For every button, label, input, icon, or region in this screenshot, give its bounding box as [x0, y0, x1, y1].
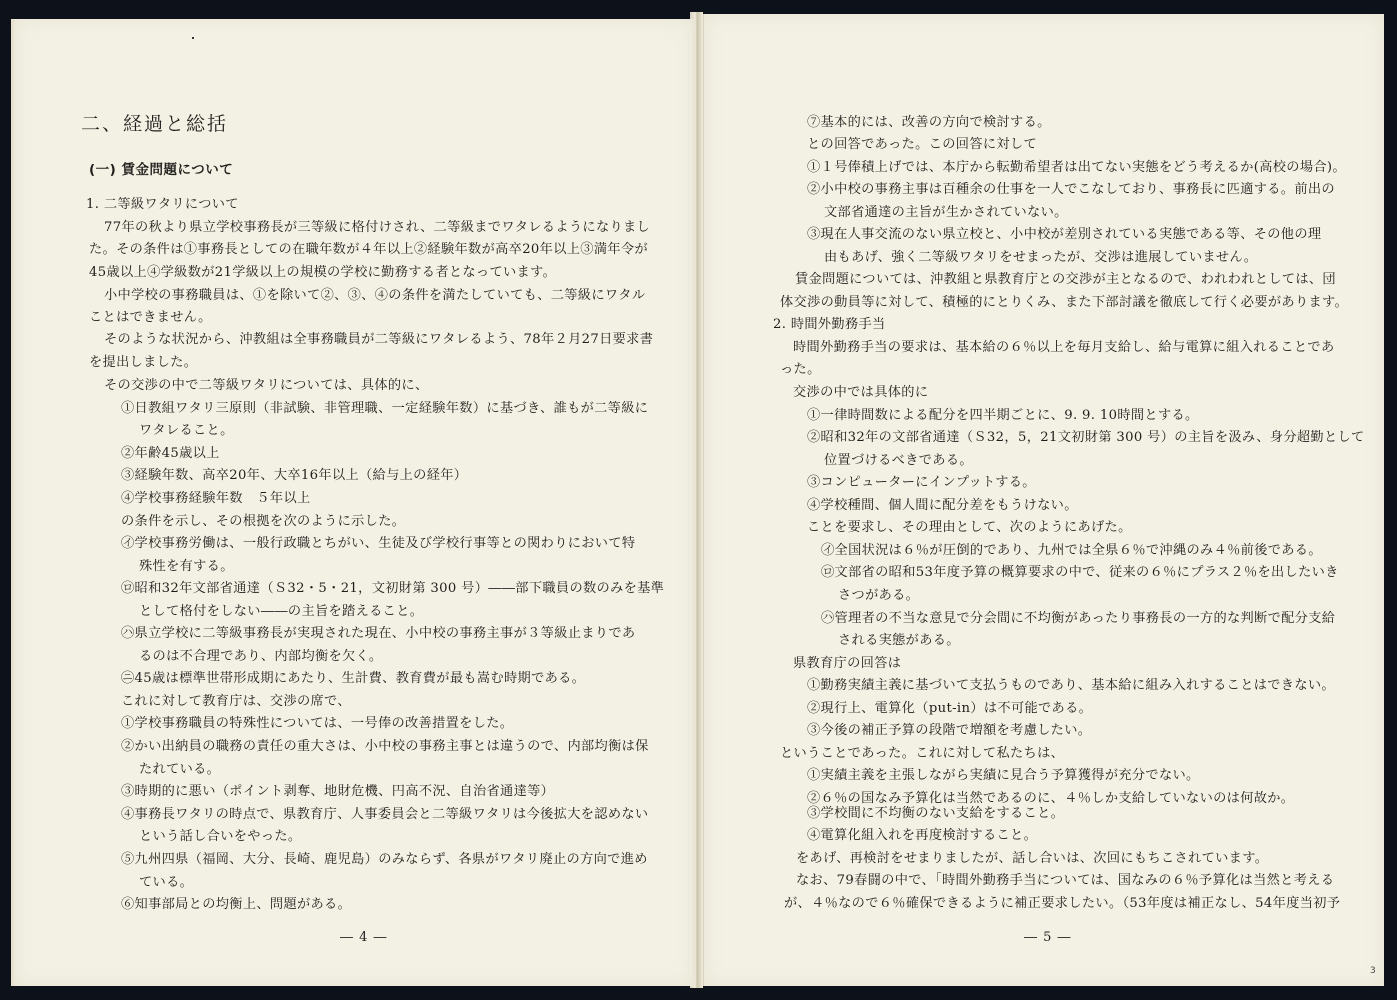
paragraph-line: なお、79春闘の中で、「時間外勤務手当については、国なみの６％予算化は当然と考え…: [796, 872, 1334, 890]
item-heading: 2. 時間外勤務手当: [773, 316, 886, 334]
paragraph-line: ことはできません。: [89, 309, 212, 327]
page-number: ― 5 ―: [1024, 929, 1072, 947]
paragraph-line: をあげ、再検討をせまりましたが、話し合いは、次回にもちこされています。: [796, 850, 1268, 868]
list-item: ⑤九州四県（福岡、大分、長崎、鹿児島）のみならず、各県がワタリ廃止の方向で進め: [121, 851, 648, 869]
list-item: ③経験年数、高卒20年、大卒16年以上（給与上の経年）: [121, 467, 467, 485]
list-item-cont: として格付をしない――の主旨を踏えること。: [139, 603, 423, 621]
list-item: ②かい出納員の職務の責任の重大さは、小中校の事務主事とは違うので、内部均衡は保: [121, 738, 649, 756]
list-item: ②現行上、電算化（put-in）は不可能である。: [807, 700, 1092, 718]
list-item: ㋑学校事務労働は、一般行政職とちがい、生徒及び学校行事等との関わりにおいて特: [121, 535, 635, 553]
paragraph-line: を提出しました。: [89, 354, 197, 372]
list-item-cont: 文部省通達の主旨が生かされていない。: [824, 204, 1068, 222]
list-item: ③今後の補正予算の段階で増額を考慮したい。: [807, 722, 1091, 740]
list-item: ③時期的に悪い（ポイント剥奪、地財危機、円高不況、自治省通達等）: [121, 783, 554, 801]
list-item-cont: される実態がある。: [838, 632, 960, 650]
paragraph-line: 45歳以上④学級数が21学級以上の規模の学校に勤務する者となっています。: [89, 264, 556, 282]
paragraph-line: った。: [780, 361, 821, 379]
paragraph-line: た。その条件は①事務長としての在職年数が４年以上②経験年数が高卒20年以上③満年…: [89, 241, 648, 259]
list-item-cont: さつがある。: [838, 587, 919, 605]
list-item: ③コンピューターにインプットする。: [807, 474, 1036, 492]
paragraph-line: 体交渉の動員等に対して、積極的にとりくみ、また下部討議を徹底して行く必要がありま…: [780, 294, 1348, 312]
list-item: ④事務長ワタリの時点で、県教育庁、人事委員会と二等級ワタリは今後拡大を認めない: [121, 806, 648, 824]
right-page: ⑦基本的には、改善の方向で検討する。 との回答であった。この回答に対して ①１号…: [703, 14, 1384, 986]
list-item: ③現在人事交流のない県立校と、小中校が差別されている実態である等、その他の理: [807, 226, 1321, 244]
list-item: ⑦基本的には、改善の方向で検討する。: [807, 114, 1051, 132]
list-item: ㋩県立学校に二等級事務長が実現された現在、小中校の事務主事が３等級止まりであ: [121, 625, 635, 643]
list-item: ④学校種間、個人間に配分差をもうけない。: [807, 497, 1078, 515]
list-item-cont: 位置づけるべきである。: [824, 452, 973, 470]
paragraph-line: が、４％なので６％確保できるように補正要求したい。（53年度は補正なし、54年度…: [784, 895, 1340, 913]
list-item: ②昭和32年の文部省通達（Ｓ32，5，21文初財第 300 号）の主旨を汲み、身…: [807, 429, 1365, 447]
section-title: 二、経過と総括: [81, 115, 228, 133]
list-item-cont: ワタレること。: [139, 422, 234, 440]
paragraph-line: そのような状況から、沖教組は全事務職員が二等級にワタレるよう、78年２月27日要…: [104, 331, 653, 349]
paragraph-line: 小中学校の事務職員は、①を除いて②、③、④の条件を満たしていても、二等級にワタル: [104, 287, 645, 305]
paragraph-line: 時間外勤務手当の要求は、基本給の６％以上を毎月支給し、給与電算に組入れることであ: [793, 339, 1335, 357]
list-item-cont: るのは不合理であり、内部均衡を欠く。: [139, 648, 382, 666]
list-item: ㋩管理者の不当な意見で分会間に不均衡があったり事務長の一方的な判断で配分支給: [821, 610, 1335, 628]
paragraph-line: これに対して教育庁は、交渉の席で、: [121, 693, 351, 711]
list-item: ㋥45歳は標準世帯形成期にあたり、生計費、教育費が最も嵩む時期である。: [121, 670, 585, 688]
list-item-cont: 殊性を有する。: [139, 558, 234, 576]
list-item: ㋺昭和32年文部省通達（Ｓ32・5・21，文初財第 300 号）――部下職員の数…: [121, 580, 664, 598]
paragraph-line: 賃金問題については、沖教組と県教育庁との交渉が主となるので、われわれとしては、団: [795, 271, 1336, 289]
list-item: ㋑全国状況は６％が圧倒的であり、九州では全県６％で沖縄のみ４％前後である。: [821, 542, 1322, 560]
list-item-cont: たれている。: [139, 761, 220, 779]
item-heading: 1. 二等級ワタリについて: [86, 196, 239, 214]
paragraph-line: 77年の秋より県立学校事務長が三等級に格付けされ、二等級までワタレるようになりま…: [104, 219, 650, 237]
page-number: ― 4 ―: [340, 929, 388, 947]
list-item-cont: ている。: [139, 874, 193, 892]
list-item: ②小中校の事務主事は百種余の仕事を一人でこなしており、事務長に匹適する。前出の: [807, 181, 1335, 199]
list-item: ①学校事務職員の特殊性については、一号俸の改善措置をした。: [121, 715, 513, 733]
list-item: ⑥知事部局との均衡上、問題がある。: [121, 896, 351, 914]
subsection-title: (一) 賃金問題について: [89, 161, 233, 179]
corner-mark: 3: [1370, 966, 1376, 976]
list-item-cont: という話し合いをやった。: [139, 828, 301, 846]
paragraph-line: の条件を示し、その根拠を次のように示した。: [121, 513, 405, 531]
paragraph-line: その交渉の中で二等級ワタリについては、具体的に、: [104, 377, 429, 395]
list-item: ①１号俸積上げでは、本庁から転勤希望者は出てない実態をどう考えるか(高校の場合)…: [807, 159, 1346, 177]
paragraph-line: ことを要求し、その理由として、次のようにあげた。: [807, 519, 1132, 537]
list-item: ㋺文部省の昭和53年度予算の概算要求の中で、従来の６％にプラス２％を出したいき: [821, 564, 1339, 582]
list-item: ④学校事務経験年数 ５年以上: [121, 490, 311, 508]
left-page: 二、経過と総括 (一) 賃金問題について 1. 二等級ワタリについて 77年の秋…: [11, 19, 693, 986]
list-item: ②年齢45歳以上: [121, 445, 220, 463]
speck: [192, 37, 194, 39]
list-item: ①実績主義を主張しながら実績に見合う予算獲得が充分でない。: [807, 767, 1200, 785]
list-item-cont: 由もあげ、強く二等級ワタリをせまったが、交渉は進展していません。: [824, 249, 1257, 267]
list-item: ③学校間に不均衡のない支給をすること。: [807, 805, 1064, 823]
list-item: ①一律時間数による配分を四半期ごとに、9. 9. 10時間とする。: [807, 407, 1199, 425]
paragraph-line: 県教育庁の回答は: [793, 655, 901, 673]
list-item: ④電算化組入れを再度検討すること。: [807, 827, 1037, 845]
paragraph-line: との回答であった。この回答に対して: [807, 136, 1037, 154]
list-item: ①日教組ワタリ三原則（非試験、非管理職、一定経験年数）に基づき、誰もが二等級に: [121, 400, 648, 418]
list-item: ①勤務実績主義に基づいて支払うものであり、基本給に組み入れすることはできない。: [807, 677, 1335, 695]
paragraph-line: ということであった。これに対して私たちは、: [780, 745, 1064, 763]
paragraph-line: 交渉の中では具体的に: [793, 384, 928, 402]
